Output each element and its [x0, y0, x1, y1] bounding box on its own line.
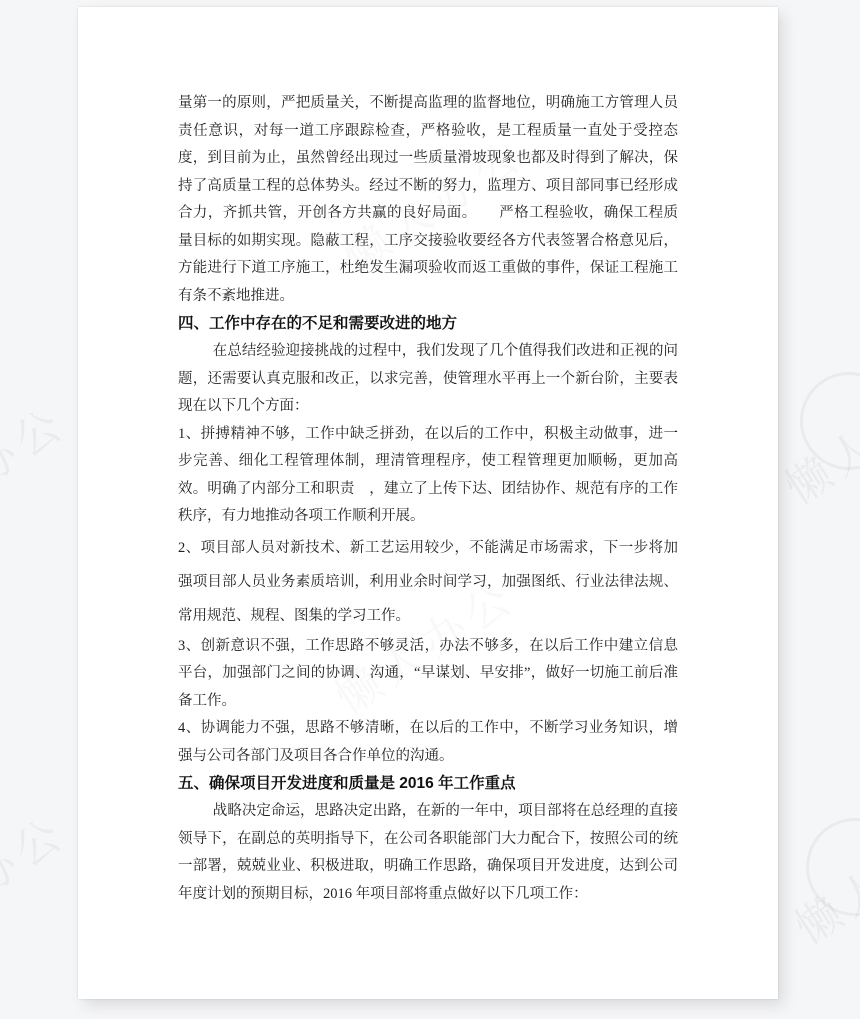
section-heading-4: 四、工作中存在的不足和需要改进的地方 — [178, 310, 678, 338]
paragraph-item-4: 4、协调能力不强，思路不够清晰，在以后的工作中，不断学习业务知识，增强与公司各部… — [178, 715, 678, 770]
paragraph-item-2: 2、项目部人员对新技术、新工艺运用较少，不能满足市场需求，下一步将加强项目部人员… — [178, 531, 678, 633]
watermark: 懒人办公 — [771, 352, 860, 517]
paragraph-item-1: 1、拼搏精神不够，工作中缺乏拼劲，在以后的工作中，积极主动做事，进一步完善、细化… — [178, 421, 678, 531]
paragraph-summary-intro: 在总结经验迎接挑战的过程中，我们发现了几个值得我们改进和正视的问题，还需要认真克… — [178, 338, 678, 421]
watermark-circle — [806, 818, 860, 916]
watermark: 懒人办公 — [781, 792, 860, 957]
paragraph-quality-control: 量第一的原则，严把质量关，不断提高监理的监督地位，明确施工方管理人员责任意识，对… — [178, 90, 678, 310]
paragraph-item-3: 3、创新意识不强，工作思路不够灵活，办法不够多，在以后工作中建立信息平台，加强部… — [178, 633, 678, 716]
watermark: 懒人办公 — [0, 388, 77, 553]
document-viewer: 量第一的原则，严把质量关，不断提高监理的监督地位，明确施工方管理人员责任意识，对… — [0, 0, 860, 1019]
section-heading-5: 五、确保项目开发进度和质量是 2016 年工作重点 — [178, 770, 678, 798]
watermark-circle — [800, 372, 860, 470]
document-page: 量第一的原则，严把质量关，不断提高监理的监督地位，明确施工方管理人员责任意识，对… — [78, 7, 778, 999]
watermark: 懒人办公 — [0, 798, 77, 963]
document-content: 量第一的原则，严把质量关，不断提高监理的监督地位，明确施工方管理人员责任意识，对… — [178, 90, 678, 908]
paragraph-2016-plan: 战略决定命运，思路决定出路，在新的一年中，项目部将在总经理的直接领导下，在副总的… — [178, 798, 678, 908]
